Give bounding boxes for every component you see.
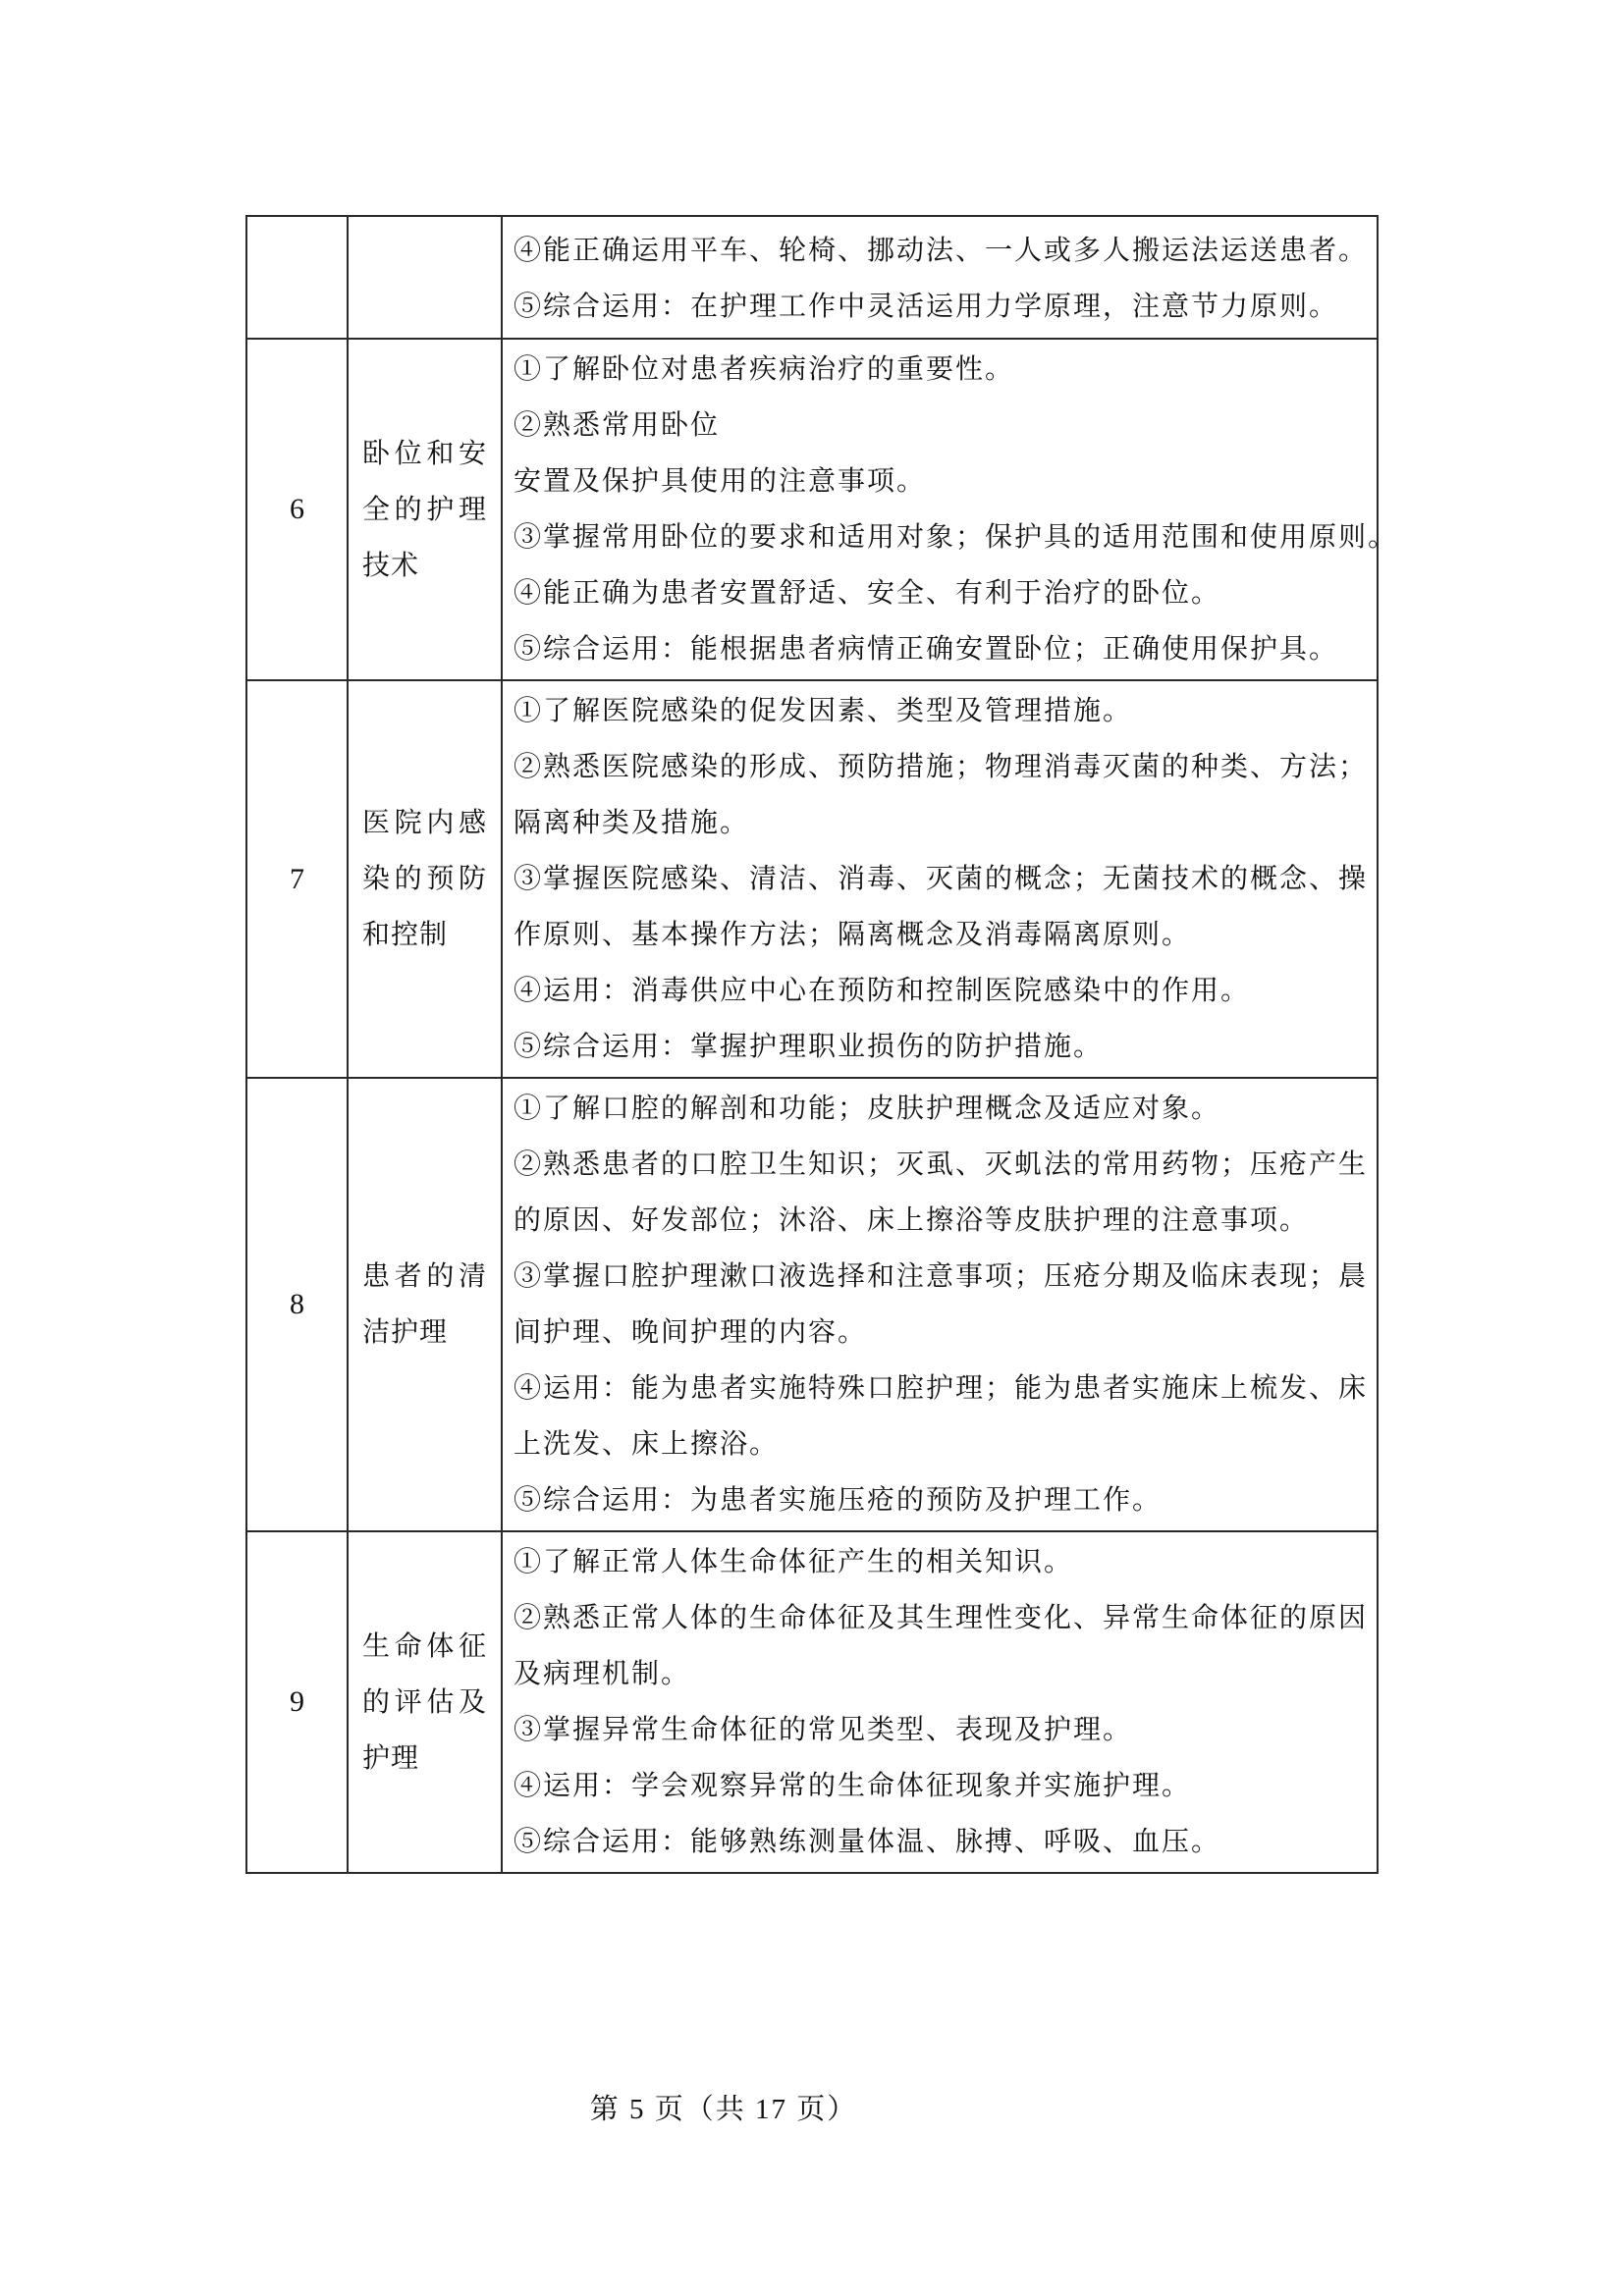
topic-cell: 患者的清洁护理 [348,1078,502,1531]
content-line: 作原则、基本操作方法；隔离概念及消毒隔离原则。 [514,907,1367,963]
content-line: 间护理、晚间护理的内容。 [514,1305,1367,1361]
document-page: ④能正确运用平车、轮椅、挪动法、一人或多人搬运法运送患者。 ⑤综合运用：在护理工… [0,0,1624,2296]
content-line: ③掌握医院感染、清洁、消毒、灭菌的概念；无菌技术的概念、操 [514,851,1367,907]
content-line: 上洗发、床上擦浴。 [514,1416,1367,1472]
row-number-cell [246,216,348,339]
content-line: ⑤综合运用：在护理工作中灵活运用力学原理，注意节力原则。 [514,279,1367,335]
content-line: 及病理机制。 [514,1646,1367,1702]
content-line: 的原因、好发部位；沐浴、床上擦浴等皮肤护理的注意事项。 [514,1193,1367,1249]
content-line: ①了解医院感染的促发因素、类型及管理措施。 [514,683,1367,739]
content-line: ②熟悉患者的口腔卫生知识；灭虱、灭虮法的常用药物；压疮产生 [514,1137,1367,1193]
content-line: ②熟悉正常人体的生命体征及其生理性变化、异常生命体征的原因 [514,1590,1367,1646]
topic-cell: 卧位和安全的护理技术 [348,339,502,680]
content-line: ⑤综合运用：为患者实施压疮的预防及护理工作。 [514,1472,1367,1528]
content-line: ①了解卧位对患者疾病治疗的重要性。 [514,342,1367,398]
content-line: ③掌握异常生命体征的常见类型、表现及护理。 [514,1702,1367,1758]
topic-cell: 医院内感染的预防和控制 [348,680,502,1078]
content-line: 安置及保护具使用的注意事项。 [514,454,1367,509]
content-line: ③掌握口腔护理漱口液选择和注意事项；压疮分期及临床表现；晨 [514,1249,1367,1305]
row-number-cell: 6 [246,339,348,680]
content-line: ⑤综合运用：能够熟练测量体温、脉搏、呼吸、血压。 [514,1814,1367,1870]
content-line: ④能正确运用平车、轮椅、挪动法、一人或多人搬运法运送患者。 [514,223,1367,279]
row-number-cell: 9 [246,1531,348,1873]
content-line: ④运用：学会观察异常的生命体征现象并实施护理。 [514,1758,1367,1814]
content-line: ④能正确为患者安置舒适、安全、有利于治疗的卧位。 [514,565,1367,621]
content-cell: ①了解卧位对患者疾病治疗的重要性。 ②熟悉常用卧位 安置及保护具使用的注意事项。… [502,339,1378,680]
table-row-7: 7 医院内感染的预防和控制 ①了解医院感染的促发因素、类型及管理措施。 ②熟悉医… [246,680,1378,1078]
content-line: 隔离种类及措施。 [514,795,1367,851]
content-line: ④运用：能为患者实施特殊口腔护理；能为患者实施床上梳发、床 [514,1361,1367,1416]
content-line: ②熟悉医院感染的形成、预防措施；物理消毒灭菌的种类、方法； [514,739,1367,795]
content-line: ①了解口腔的解剖和功能；皮肤护理概念及适应对象。 [514,1081,1367,1137]
content-line: ⑤综合运用：能根据患者病情正确安置卧位；正确使用保护具。 [514,621,1367,677]
content-line: ③掌握常用卧位的要求和适用对象；保护具的适用范围和使用原则。 [514,509,1367,565]
topic-cell: 生命体征的评估及护理 [348,1531,502,1873]
table-row-9: 9 生命体征的评估及护理 ①了解正常人体生命体征产生的相关知识。 ②熟悉正常人体… [246,1531,1378,1873]
content-cell: ④能正确运用平车、轮椅、挪动法、一人或多人搬运法运送患者。 ⑤综合运用：在护理工… [502,216,1378,339]
syllabus-table: ④能正确运用平车、轮椅、挪动法、一人或多人搬运法运送患者。 ⑤综合运用：在护理工… [245,215,1379,1874]
content-cell: ①了解正常人体生命体征产生的相关知识。 ②熟悉正常人体的生命体征及其生理性变化、… [502,1531,1378,1873]
table-row-8: 8 患者的清洁护理 ①了解口腔的解剖和功能；皮肤护理概念及适应对象。 ②熟悉患者… [246,1078,1378,1531]
content-line: ②熟悉常用卧位 [514,398,1367,454]
row-number-cell: 8 [246,1078,348,1531]
content-line: ⑤综合运用：掌握护理职业损伤的防护措施。 [514,1019,1367,1075]
table-row-6: 6 卧位和安全的护理技术 ①了解卧位对患者疾病治疗的重要性。 ②熟悉常用卧位 安… [246,339,1378,680]
content-line: ①了解正常人体生命体征产生的相关知识。 [514,1534,1367,1590]
page-footer: 第 5 页（共 17 页） [0,2082,1536,2138]
table-row-continuation: ④能正确运用平车、轮椅、挪动法、一人或多人搬运法运送患者。 ⑤综合运用：在护理工… [246,216,1378,339]
content-cell: ①了解口腔的解剖和功能；皮肤护理概念及适应对象。 ②熟悉患者的口腔卫生知识；灭虱… [502,1078,1378,1531]
content-cell: ①了解医院感染的促发因素、类型及管理措施。 ②熟悉医院感染的形成、预防措施；物理… [502,680,1378,1078]
content-line: ④运用：消毒供应中心在预防和控制医院感染中的作用。 [514,963,1367,1019]
row-number-cell: 7 [246,680,348,1078]
topic-cell [348,216,502,339]
